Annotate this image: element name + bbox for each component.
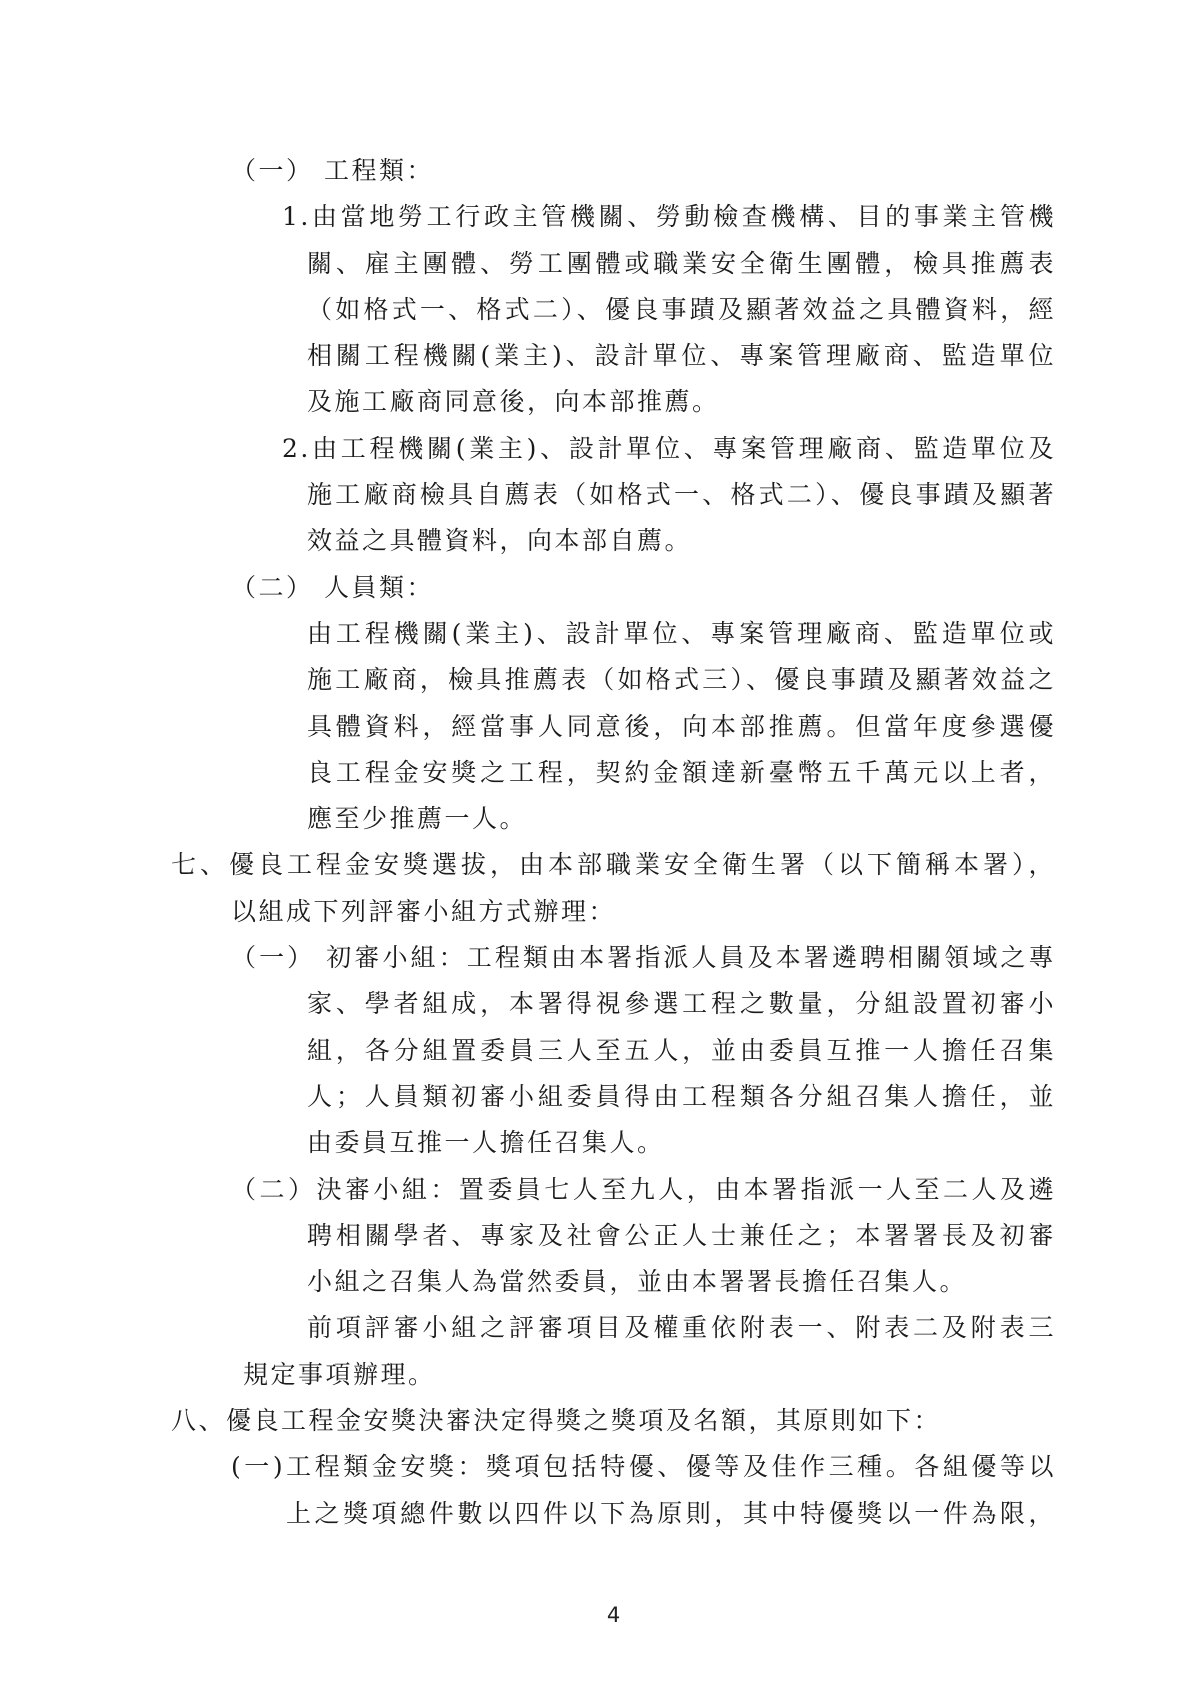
text-line: 施工廠商檢具自薦表（如格式一、格式二）、優良事蹟及顯著 xyxy=(171,472,1056,518)
text-line: 家、學者組成，本署得視參選工程之數量，分組設置初審小 xyxy=(171,981,1056,1027)
text-line: 聘相關學者、專家及社會公正人士兼任之；本署署長及初審 xyxy=(171,1213,1056,1259)
text-line: 關、雇主團體、勞工團體或職業安全衛生團體，檢具推薦表 xyxy=(171,241,1056,287)
text-line: 應至少推薦一人。 xyxy=(171,796,1056,842)
document-text-block: （一） 工程類：1.由當地勞工行政主管機關、勞動檢查機構、目的事業主管機關、雇主… xyxy=(171,148,1056,1537)
text-line: （一） 初審小組：工程類由本署指派人員及本署遴聘相關領域之專 xyxy=(171,935,1056,981)
text-line: 及施工廠商同意後，向本部推薦。 xyxy=(171,379,1056,425)
text-line: 良工程金安獎之工程，契約金額達新臺幣五千萬元以上者， xyxy=(171,750,1056,796)
text-line: 1.由當地勞工行政主管機關、勞動檢查機構、目的事業主管機 xyxy=(171,194,1056,240)
text-line: 組，各分組置委員三人至五人，並由委員互推一人擔任召集 xyxy=(171,1028,1056,1074)
text-line: 七、優良工程金安獎選拔，由本部職業安全衛生署（以下簡稱本署）， xyxy=(171,842,1056,888)
text-line: （二） 人員類： xyxy=(171,565,1056,611)
text-line: 施工廠商，檢具推薦表（如格式三）、優良事蹟及顯著效益之 xyxy=(171,657,1056,703)
text-line: 規定事項辦理。 xyxy=(171,1352,1056,1398)
text-line: （如格式一、格式二）、優良事蹟及顯著效益之具體資料，經 xyxy=(171,287,1056,333)
page-number: 4 xyxy=(171,1603,1056,1627)
text-line: 前項評審小組之評審項目及權重依附表一、附表二及附表三 xyxy=(171,1305,1056,1351)
text-line: 效益之具體資料，向本部自薦。 xyxy=(171,518,1056,564)
text-line: （二）決審小組：置委員七人至九人，由本署指派一人至二人及遴 xyxy=(171,1167,1056,1213)
text-line: 由工程機關(業主)、設計單位、專案管理廠商、監造單位或 xyxy=(171,611,1056,657)
text-line: (一)工程類金安獎：獎項包括特優、優等及佳作三種。各組優等以 xyxy=(171,1444,1056,1490)
text-line: 以組成下列評審小組方式辦理： xyxy=(171,889,1056,935)
text-line: 八、優良工程金安獎決審決定得獎之獎項及名額，其原則如下： xyxy=(171,1398,1056,1444)
text-line: 上之獎項總件數以四件以下為原則，其中特優獎以一件為限， xyxy=(171,1491,1056,1537)
text-line: 小組之召集人為當然委員，並由本署署長擔任召集人。 xyxy=(171,1259,1056,1305)
text-line: 2.由工程機關(業主)、設計單位、專案管理廠商、監造單位及 xyxy=(171,426,1056,472)
text-line: 由委員互推一人擔任召集人。 xyxy=(171,1120,1056,1166)
text-line: 具體資料，經當事人同意後，向本部推薦。但當年度參選優 xyxy=(171,704,1056,750)
document-page: （一） 工程類：1.由當地勞工行政主管機關、勞動檢查機構、目的事業主管機關、雇主… xyxy=(0,0,1200,1697)
text-line: 人；人員類初審小組委員得由工程類各分組召集人擔任，並 xyxy=(171,1074,1056,1120)
text-line: （一） 工程類： xyxy=(171,148,1056,194)
text-line: 相關工程機關(業主)、設計單位、專案管理廠商、監造單位 xyxy=(171,333,1056,379)
